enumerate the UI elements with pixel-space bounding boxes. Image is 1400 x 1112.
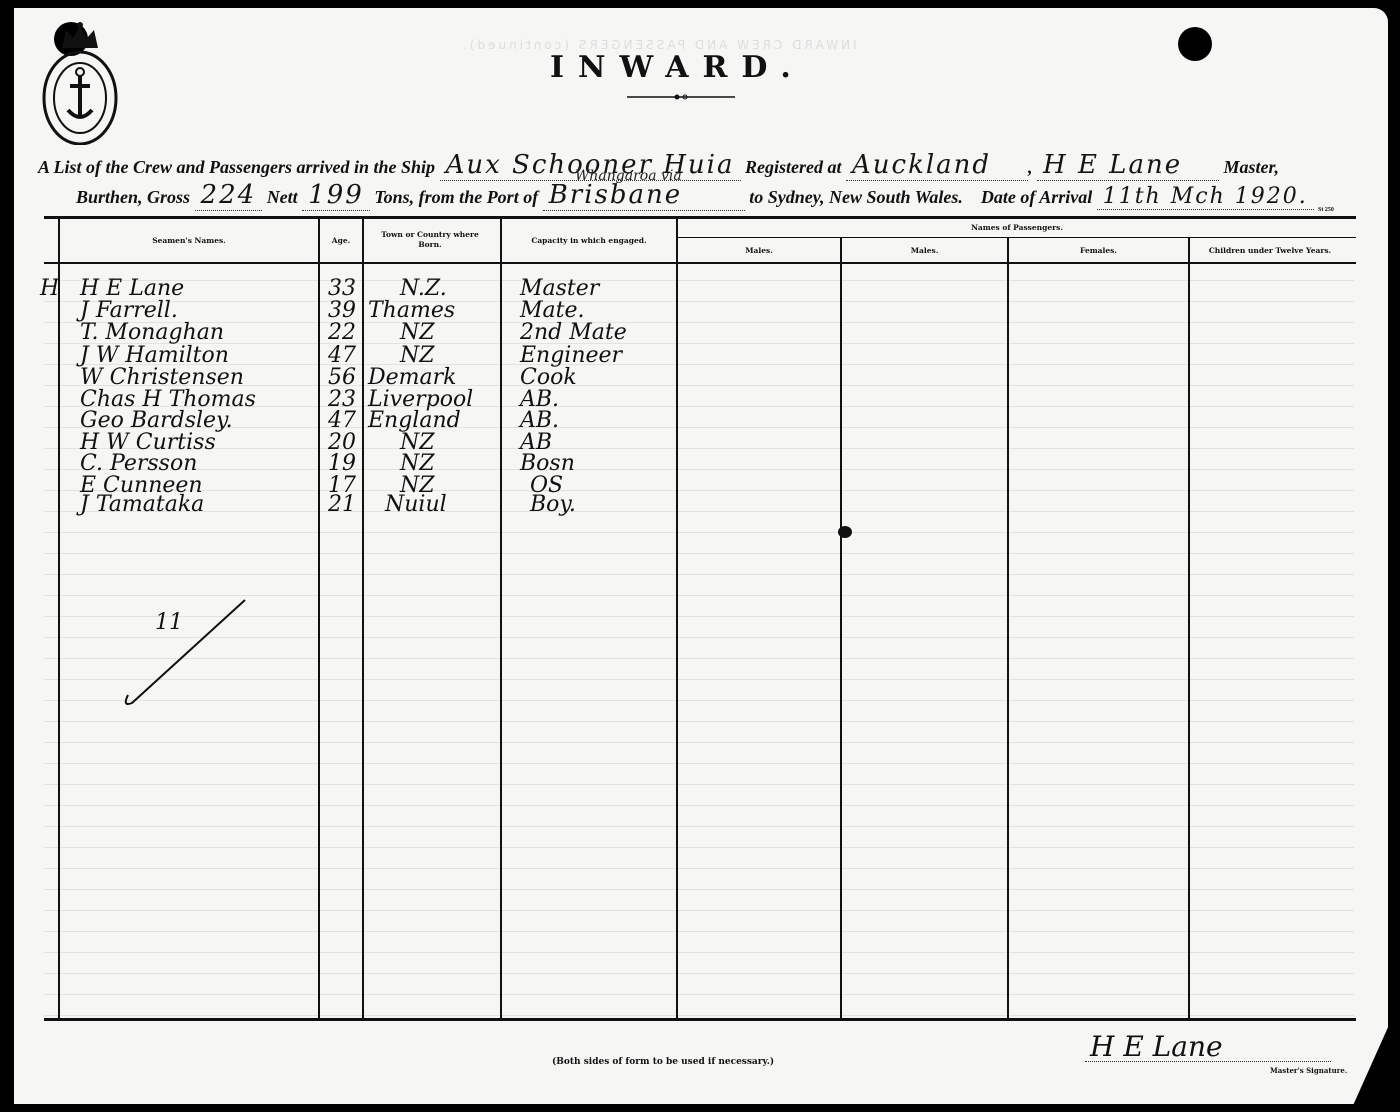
crew-capacity: Master xyxy=(520,276,599,297)
shipping-masters-crest-icon xyxy=(40,20,120,145)
tons-label: Tons, from the Port of xyxy=(374,187,538,207)
footnote: (Both sides of form to be used if necess… xyxy=(552,1057,774,1067)
crew-name: T. Monaghan xyxy=(80,320,224,341)
crew-name: W Christensen xyxy=(80,365,244,386)
crew-capacity: AB. xyxy=(520,408,559,429)
crew-capacity: AB xyxy=(520,430,552,451)
ink-blot xyxy=(838,526,852,538)
crew-capacity: Cook xyxy=(520,365,577,386)
master-signature[interactable]: H E Lane xyxy=(1090,1030,1223,1063)
crew-name: H W Curtiss xyxy=(80,430,216,451)
table-bottom-rule xyxy=(44,1018,1356,1021)
table-top-rule xyxy=(44,216,1356,219)
column-divider xyxy=(840,238,842,1020)
col-header-town: Town or Country where Born. xyxy=(380,230,480,250)
crew-name: E Cunneen xyxy=(80,473,203,494)
crew-town: N.Z. xyxy=(400,276,447,297)
crew-age: 17 xyxy=(328,473,356,494)
col-header-males-1: Males. xyxy=(678,246,840,256)
crew-age: 21 xyxy=(328,492,356,513)
column-divider xyxy=(676,218,678,1020)
crew-town: NZ xyxy=(400,320,435,341)
passenger-subheader-rule xyxy=(676,237,1356,238)
crew-town: NZ xyxy=(400,473,435,494)
crew-name: J W Hamilton xyxy=(80,343,229,364)
crew-town: NZ xyxy=(400,343,435,364)
title-flourish-icon xyxy=(627,94,735,100)
col-header-children: Children under Twelve Years. xyxy=(1190,246,1350,256)
crew-capacity: AB. xyxy=(520,387,559,408)
registered-label: Registered at xyxy=(745,157,842,177)
arrival-date-field[interactable]: 11th Mch 1920. xyxy=(1097,184,1314,210)
crew-name: J Farrell. xyxy=(80,298,178,319)
gross-field[interactable]: 224 xyxy=(195,180,263,211)
ship-label: A List of the Crew and Passengers arrive… xyxy=(38,157,435,177)
crew-town: England xyxy=(368,408,461,429)
registered-at-field[interactable]: Auckland xyxy=(846,150,1028,181)
port-field[interactable]: Brisbane xyxy=(543,180,745,211)
arrival-label: Date of Arrival xyxy=(981,187,1092,207)
col-header-females: Females. xyxy=(1009,246,1188,256)
crew-capacity: Mate. xyxy=(520,298,585,319)
crew-name: Geo Bardsley. xyxy=(80,408,233,429)
crew-capacity: Engineer xyxy=(520,343,622,364)
form-title: INWARD. xyxy=(550,50,805,85)
crew-town: NZ xyxy=(400,430,435,451)
master-label: Master, xyxy=(1224,157,1280,177)
crew-capacity: 2nd Mate xyxy=(520,320,627,341)
col-header-age: Age. xyxy=(320,236,362,246)
column-divider xyxy=(362,218,364,1020)
crew-capacity: Bosn xyxy=(520,451,575,472)
crew-capacity: OS xyxy=(530,473,563,494)
master-name-field[interactable]: H E Lane xyxy=(1037,150,1219,181)
destination-label: to Sydney, New South Wales. xyxy=(749,187,963,207)
crew-capacity: Boy. xyxy=(530,492,576,513)
crew-name: C. Persson xyxy=(80,451,197,472)
form-number: St 250 xyxy=(1318,207,1334,213)
margin-mark: H xyxy=(40,276,59,301)
crew-age: 47 xyxy=(328,343,356,364)
crew-age: 33 xyxy=(328,276,356,297)
column-divider xyxy=(58,218,60,1020)
column-divider xyxy=(1007,238,1009,1020)
crew-name: H E Lane xyxy=(80,276,184,297)
burthen-label: Burthen, Gross xyxy=(76,187,190,207)
punch-hole-right xyxy=(1178,27,1212,61)
crew-town: NZ xyxy=(400,451,435,472)
crew-name: J Tamataka xyxy=(80,492,204,513)
crew-age: 23 xyxy=(328,387,356,408)
col-header-capacity: Capacity in which engaged. xyxy=(502,236,676,246)
crew-age: 19 xyxy=(328,451,356,472)
col-header-males-2: Males. xyxy=(842,246,1007,256)
crew-town: Liverpool xyxy=(368,387,473,408)
crew-age: 22 xyxy=(328,320,356,341)
crew-age: 47 xyxy=(328,408,356,429)
crew-town: Nuiul xyxy=(385,492,447,513)
table-header-rule xyxy=(44,262,1356,264)
column-divider xyxy=(318,218,320,1020)
nett-label: Nett xyxy=(267,187,298,207)
crew-town: Demark xyxy=(368,365,456,386)
col-header-names: Seamen's Names. xyxy=(60,236,318,246)
crew-age: 20 xyxy=(328,430,356,451)
crew-age: 56 xyxy=(328,365,356,386)
check-mark-icon xyxy=(120,595,250,710)
crew-town: Thames xyxy=(368,298,455,319)
column-divider xyxy=(1188,238,1190,1020)
crew-age: 39 xyxy=(328,298,356,319)
signature-label: Master's Signature. xyxy=(1270,1066,1347,1075)
nett-field[interactable]: 199 xyxy=(302,180,370,211)
crew-name: Chas H Thomas xyxy=(80,387,256,408)
column-divider xyxy=(500,218,502,1020)
header-line-burthen: Burthen, Gross 224 Nett 199 Tons, from t… xyxy=(76,180,1314,211)
col-header-passengers: Names of Passengers. xyxy=(678,223,1356,233)
